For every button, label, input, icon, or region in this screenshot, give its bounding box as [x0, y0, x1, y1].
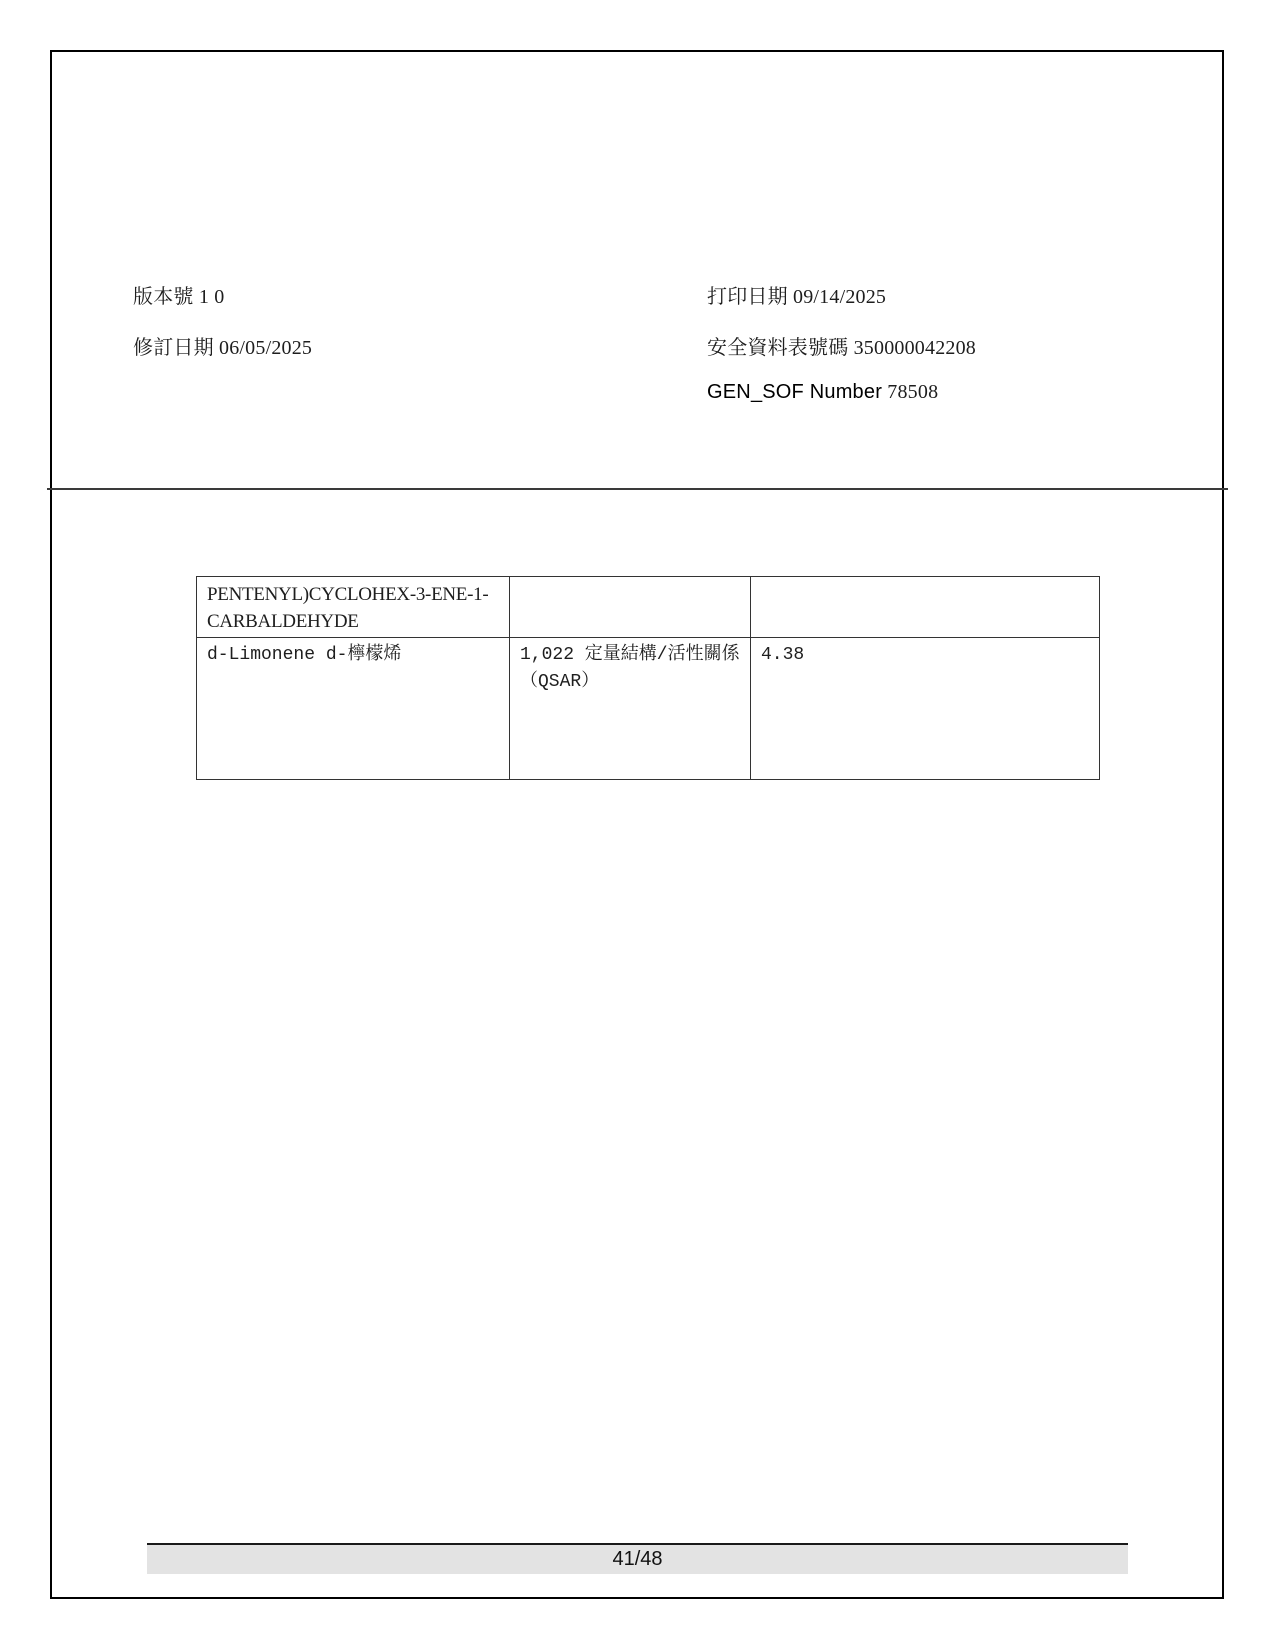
- gen-sof-value: 78508: [887, 381, 938, 403]
- substance-line: CARBALDEHYDE: [207, 608, 499, 635]
- result-cell: [751, 577, 1100, 638]
- print-date-label: 打印日期: [707, 286, 788, 308]
- revision-date-label: 修訂日期: [133, 337, 214, 359]
- substance-line: d-Limonene d-檸檬烯: [207, 642, 499, 669]
- gen-sof-label: GEN_SOF Number: [707, 381, 882, 403]
- page-indicator: 41/48: [612, 1548, 662, 1570]
- value-method-cell: [510, 577, 751, 638]
- substance-cell: d-Limonene d-檸檬烯: [197, 638, 510, 780]
- header-divider: [47, 488, 1228, 490]
- sds-number-label: 安全資料表號碼: [707, 337, 848, 359]
- revision-date-line: 修訂日期 06/05/2025: [133, 336, 312, 360]
- gen-sof-line: GEN_SOF Number 78508: [707, 380, 938, 404]
- version-value: 1 0: [199, 286, 225, 308]
- version-line: 版本號 1 0: [133, 285, 224, 309]
- sds-number-value: 350000042208: [854, 337, 976, 359]
- revision-date-value: 06/05/2025: [219, 337, 312, 359]
- page-border: [50, 50, 1224, 1599]
- result-cell: 4.38: [751, 638, 1100, 780]
- print-date-value: 09/14/2025: [793, 286, 886, 308]
- substance-cell: PENTENYL)CYCLOHEX-3-ENE-1- CARBALDEHYDE: [197, 577, 510, 638]
- substance-line: PENTENYL)CYCLOHEX-3-ENE-1-: [207, 581, 499, 608]
- print-date-line: 打印日期 09/14/2025: [707, 285, 886, 309]
- version-label: 版本號: [133, 286, 194, 308]
- table-row: d-Limonene d-檸檬烯 1,022 定量結構/活性關係（QSAR） 4…: [197, 638, 1100, 780]
- sds-number-line: 安全資料表號碼 350000042208: [707, 336, 976, 360]
- table-row: PENTENYL)CYCLOHEX-3-ENE-1- CARBALDEHYDE: [197, 577, 1100, 638]
- footer-bar: 41/48: [147, 1543, 1128, 1574]
- ecotoxicity-table: PENTENYL)CYCLOHEX-3-ENE-1- CARBALDEHYDE …: [196, 576, 1100, 780]
- value-method-cell: 1,022 定量結構/活性關係（QSAR）: [510, 638, 751, 780]
